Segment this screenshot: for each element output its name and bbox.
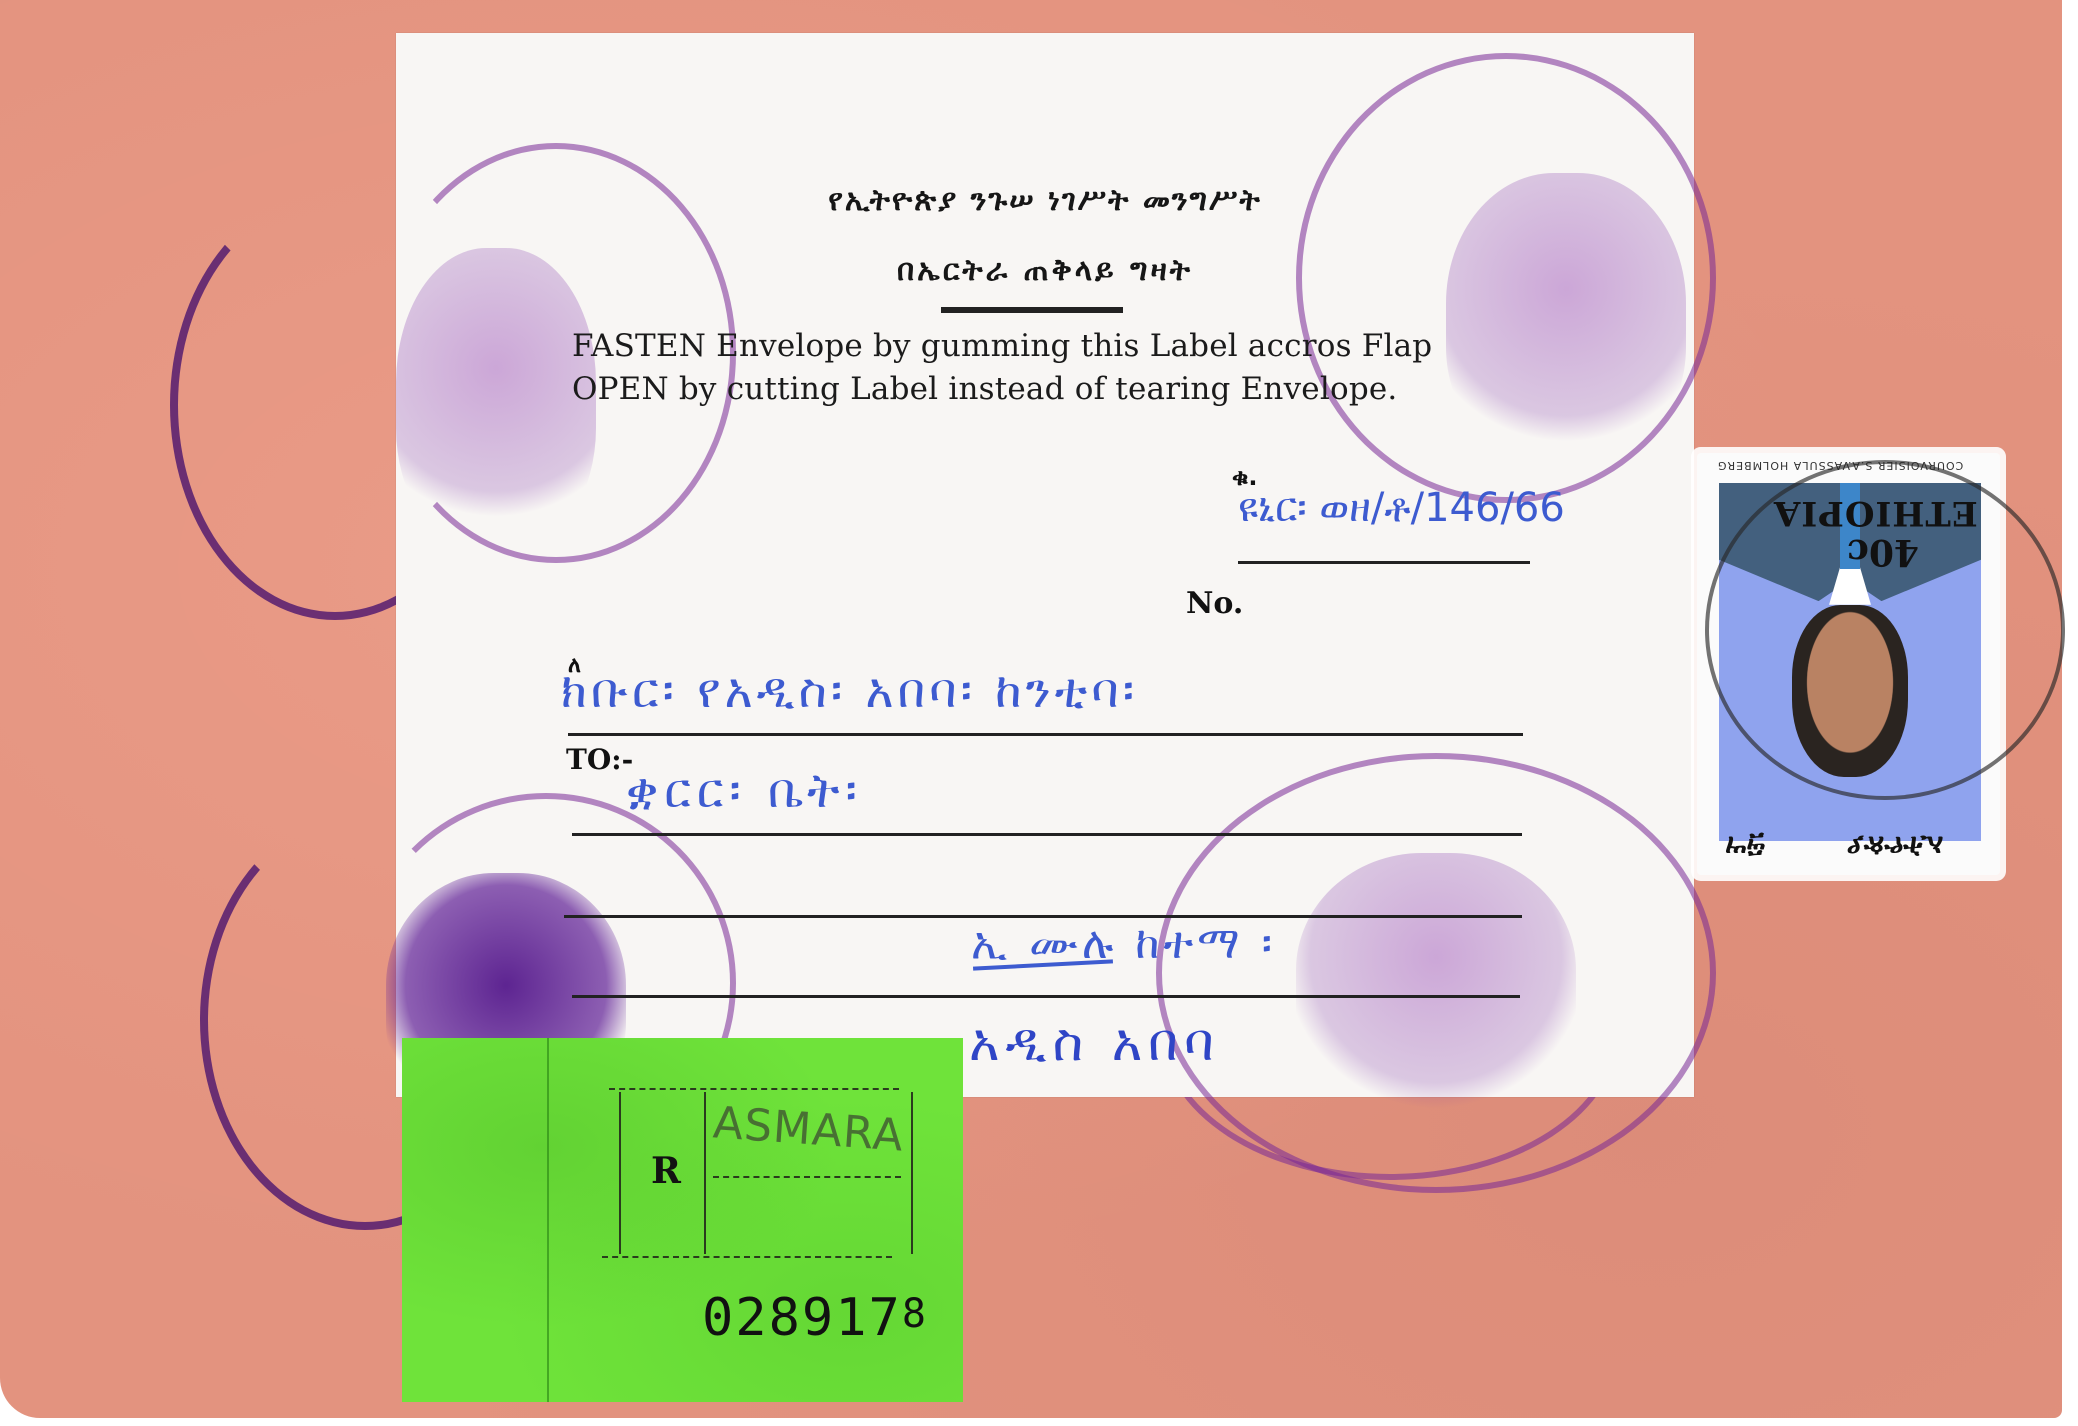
address-rule-1 bbox=[568, 733, 1523, 736]
address-line-2: ቋርር፡ ቤት፡ bbox=[626, 763, 863, 820]
postmark-cancel-ring bbox=[1705, 460, 2065, 800]
registration-box-top bbox=[609, 1088, 899, 1090]
registration-box-divider bbox=[704, 1092, 706, 1254]
registration-letter: R bbox=[651, 1150, 681, 1192]
registration-number-digits: 028917 bbox=[702, 1288, 902, 1348]
reference-number-handwritten: ዩኒር፡ ወዘ/ቶ/146/66 bbox=[1238, 485, 1565, 531]
instruction-fasten: FASTEN Envelope by gumming this Label ac… bbox=[572, 328, 1432, 364]
coat-of-arms-bottom-right bbox=[1296, 853, 1576, 1113]
registration-check-digit: 8 bbox=[902, 1291, 928, 1337]
address-line-3: ኢ ሙሉ ከተማ ፡ bbox=[971, 918, 1276, 969]
stamp-country-amharic: ኢትዮጵያ bbox=[1847, 829, 1944, 863]
security-label: የኢትዮጵያ ንጉሠ ነገሥት መንግሥት በኤርትራ ጠቅላይ ግዛት FAS… bbox=[396, 33, 1694, 1097]
registration-label: R ASMARA 0289178 bbox=[402, 1038, 963, 1402]
address-line-1: ክቡር፡ የአዲስ፡ አበባ፡ ከንቲባ፡ bbox=[561, 663, 1138, 720]
number-label: No. bbox=[1186, 586, 1243, 621]
to-label: TO:- bbox=[566, 743, 633, 776]
registration-box: R ASMARA bbox=[619, 1092, 913, 1254]
stamp-denomination-amharic: ፵ሣ bbox=[1725, 829, 1766, 863]
title-underline bbox=[941, 307, 1123, 313]
address-rule-4 bbox=[572, 995, 1520, 998]
address-line-4: አዲስ አበባ bbox=[969, 1013, 1220, 1074]
instruction-open: OPEN by cutting Label instead of tearing… bbox=[572, 371, 1397, 407]
registration-office-line bbox=[713, 1176, 901, 1178]
title-amharic-line-2: በኤርትራ ጠቅላይ ግዛት bbox=[396, 253, 1694, 288]
address-rule-2 bbox=[572, 833, 1522, 836]
registration-label-perforation bbox=[547, 1038, 549, 1402]
registration-office-stamp: ASMARA bbox=[711, 1097, 905, 1161]
title-amharic-line-1: የኢትዮጵያ ንጉሠ ነገሥት መንግሥት bbox=[396, 183, 1694, 218]
registration-box-bottom bbox=[602, 1256, 892, 1258]
reference-number-line bbox=[1238, 561, 1530, 564]
registration-number: 0289178 bbox=[702, 1288, 928, 1348]
coat-of-arms-left bbox=[396, 248, 596, 548]
